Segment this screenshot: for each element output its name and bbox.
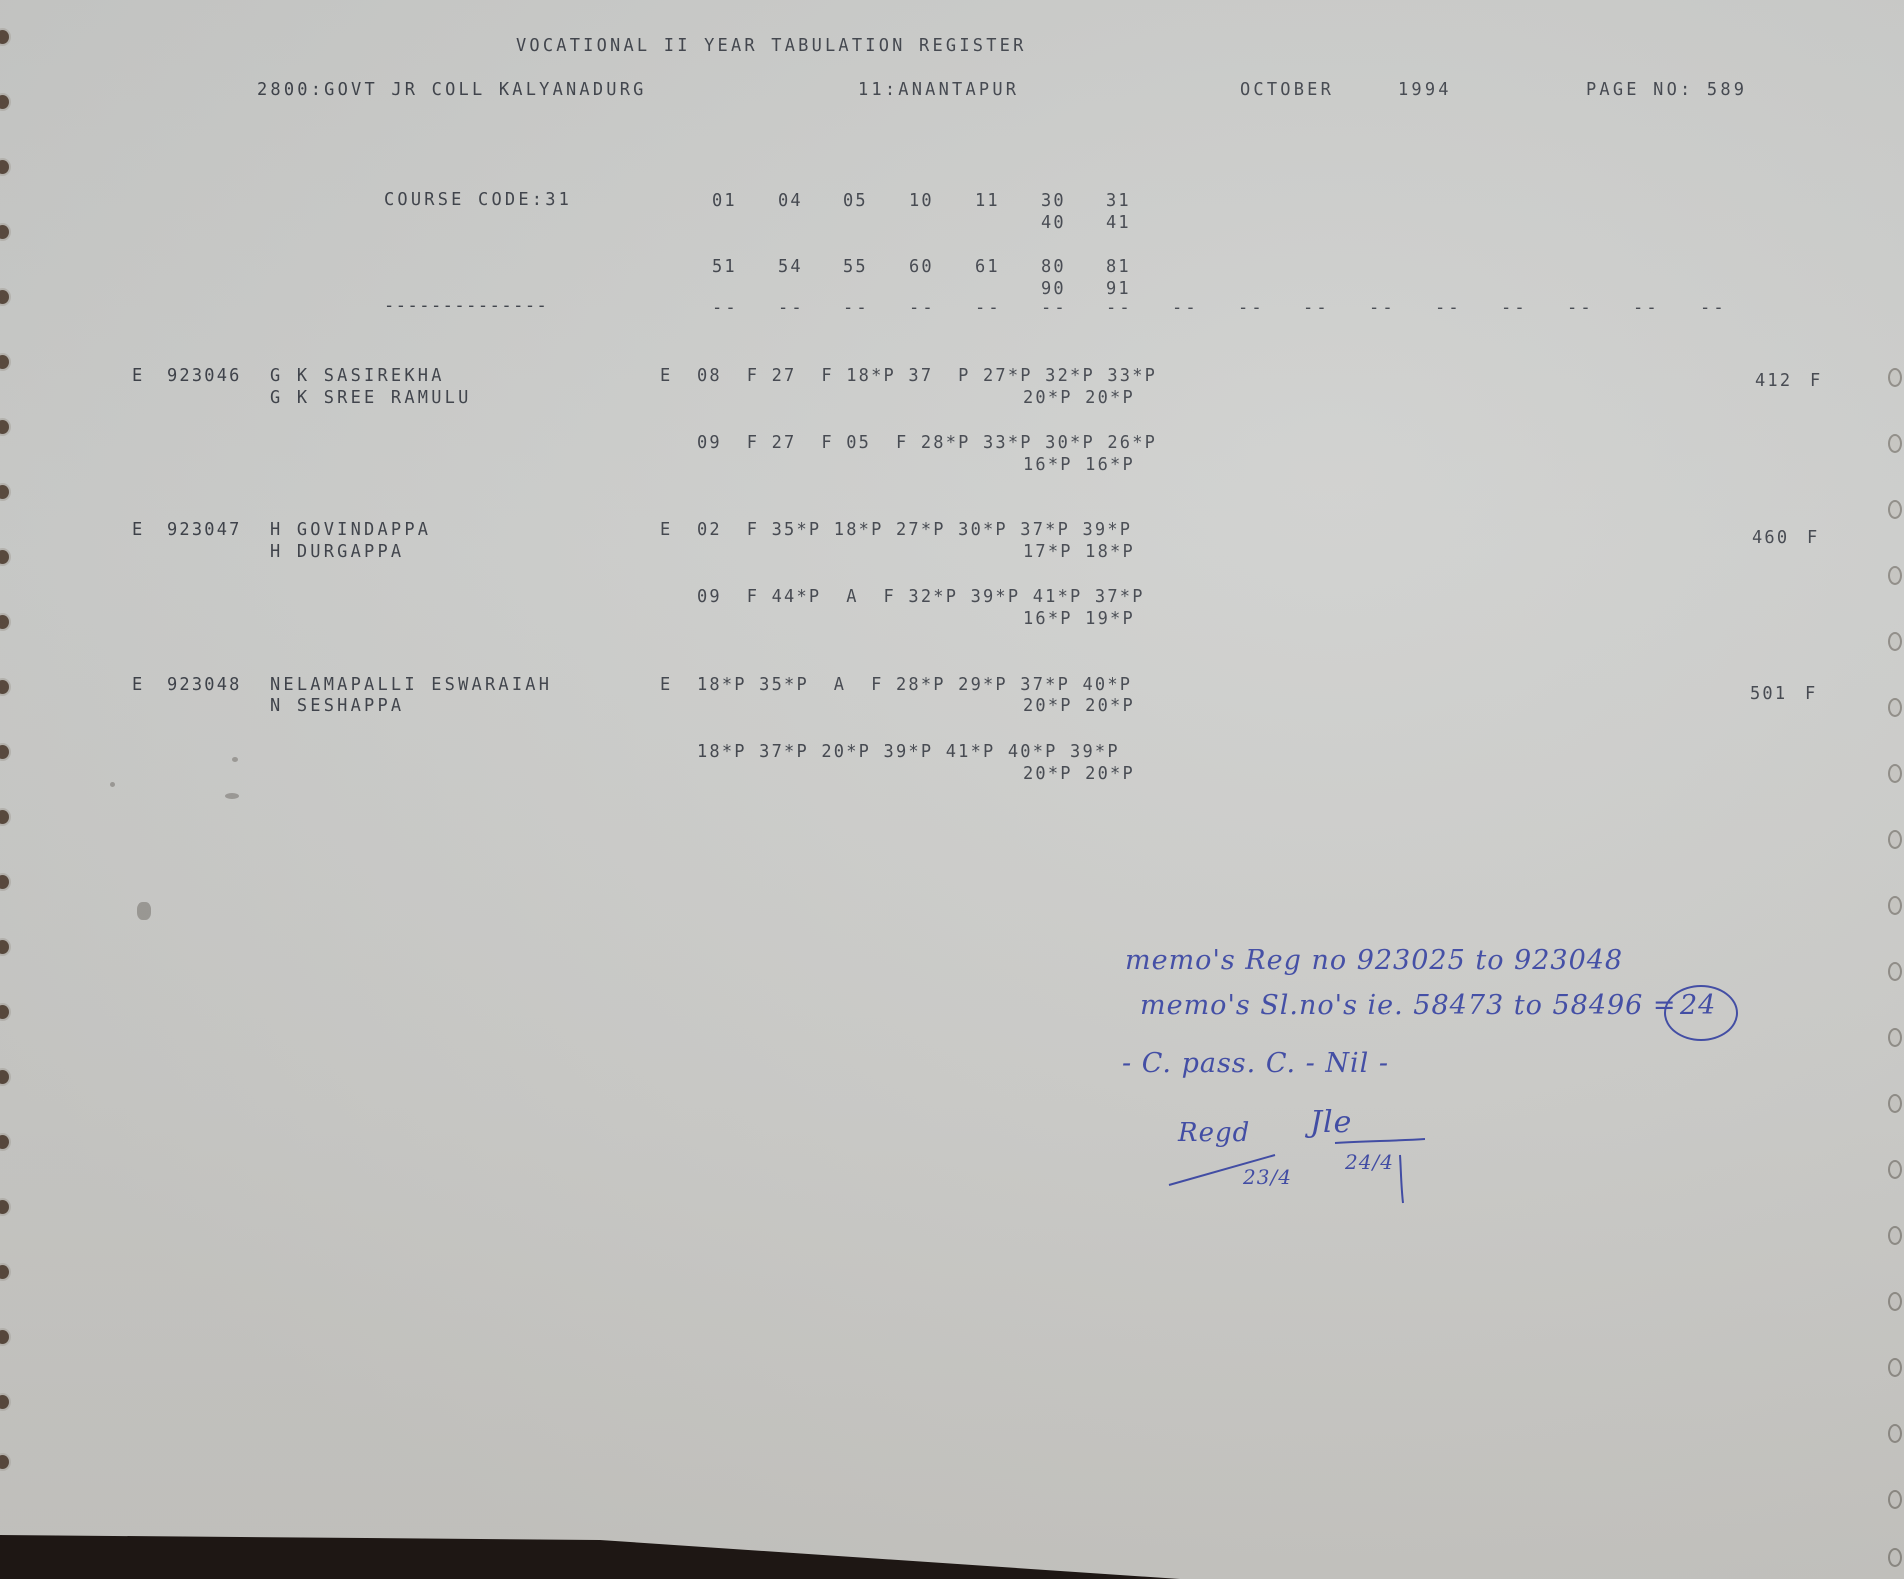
dash: -- (1633, 300, 1660, 318)
exam-month: OCTOBER (1240, 82, 1334, 100)
dash: -- (778, 300, 805, 318)
dash: -- (1501, 300, 1528, 318)
dash: -- (1700, 300, 1727, 318)
subject-code: 80 (1041, 259, 1066, 277)
subject-code: 54 (778, 259, 803, 277)
medium: E (660, 677, 673, 695)
student-name: H GOVINDAPPA (270, 522, 431, 540)
father-name: H DURGAPPA (270, 544, 404, 562)
dash: -- (1303, 300, 1330, 318)
marks-year1: 08 F 27 F 18*P 37 P 27*P 32*P 33*P (697, 368, 1157, 386)
result: F (1807, 530, 1820, 548)
register-page: VOCATIONAL II YEAR TABULATION REGISTER 2… (0, 0, 1904, 1579)
dash: -- (1238, 300, 1265, 318)
marks-year1-extra: 20*P 20*P (1023, 390, 1135, 408)
page-number: PAGE NO: 589 (1586, 82, 1747, 100)
father-name: N SESHAPPA (270, 698, 404, 716)
subject-code: 05 (843, 193, 868, 211)
student-name: G K SASIREKHA (270, 368, 445, 386)
dash: -- (712, 300, 739, 318)
note-reg-range: memo's Reg no 923025 to 923048 (1125, 945, 1623, 976)
note-serial-range: memo's Sl.no's ie. 58473 to 58496 = (1140, 990, 1677, 1021)
subject-code: 30 (1041, 193, 1066, 211)
register-title: VOCATIONAL II YEAR TABULATION REGISTER (516, 38, 1027, 56)
medium: E (660, 368, 673, 386)
father-name: G K SREE RAMULU (270, 390, 472, 408)
student-name: NELAMAPALLI ESWARAIAH (270, 677, 552, 695)
subject-code: 91 (1106, 281, 1131, 299)
dash: -- (1567, 300, 1594, 318)
subject-code: 40 (1041, 215, 1066, 233)
subject-code: 51 (712, 259, 737, 277)
marks-year2-extra: 20*P 20*P (1023, 766, 1135, 784)
dash: -- (1106, 300, 1133, 318)
category: E (132, 368, 145, 386)
smudge (137, 902, 151, 920)
speck (110, 782, 115, 787)
subject-code: 60 (909, 259, 934, 277)
marks-year2: 18*P 37*P 20*P 39*P 41*P 40*P 39*P (697, 744, 1120, 762)
reg-no: 923046 (167, 368, 242, 386)
college-name: 2800:GOVT JR COLL KALYANADURG (257, 82, 647, 100)
label-underline: -------------- (384, 298, 548, 316)
dash: -- (975, 300, 1002, 318)
speck (232, 757, 238, 762)
total-marks: 412 (1755, 373, 1792, 391)
category: E (132, 522, 145, 540)
dash: -- (1172, 300, 1199, 318)
note-compartment: - C. pass. C. - Nil - (1122, 1048, 1389, 1079)
subject-code: 55 (843, 259, 868, 277)
subject-code: 41 (1106, 215, 1131, 233)
speck (225, 793, 239, 799)
total-marks: 501 (1750, 686, 1787, 704)
total-marks: 460 (1752, 530, 1789, 548)
result: F (1805, 686, 1818, 704)
subject-code: 81 (1106, 259, 1131, 277)
subject-code: 04 (778, 193, 803, 211)
subject-code: 11 (975, 193, 1000, 211)
subject-code: 10 (909, 193, 934, 211)
marks-year1: 02 F 35*P 18*P 27*P 30*P 37*P 39*P (697, 522, 1132, 540)
reg-no: 923048 (167, 677, 242, 695)
dash: -- (1435, 300, 1462, 318)
marks-year1-extra: 17*P 18*P (1023, 544, 1135, 562)
reg-no: 923047 (167, 522, 242, 540)
marks-year2-extra: 16*P 16*P (1023, 457, 1135, 475)
district: 11:ANANTAPUR (858, 82, 1019, 100)
medium: E (660, 522, 673, 540)
dash: -- (909, 300, 936, 318)
marks-year2: 09 F 27 F 05 F 28*P 33*P 30*P 26*P (697, 435, 1157, 453)
subject-code: 01 (712, 193, 737, 211)
dash: -- (843, 300, 870, 318)
subject-code: 31 (1106, 193, 1131, 211)
result: F (1810, 373, 1823, 391)
dash: -- (1369, 300, 1396, 318)
marks-year2-extra: 16*P 19*P (1023, 611, 1135, 629)
course-code-label: COURSE CODE:31 (384, 192, 572, 210)
marks-year1-extra: 20*P 20*P (1023, 698, 1135, 716)
marks-year2: 09 F 44*P A F 32*P 39*P 41*P 37*P (697, 589, 1145, 607)
note-count: 24 (1680, 990, 1716, 1021)
marks-year1: 18*P 35*P A F 28*P 29*P 37*P 40*P (697, 677, 1132, 695)
exam-year: 1994 (1398, 82, 1452, 100)
category: E (132, 677, 145, 695)
subject-code: 61 (975, 259, 1000, 277)
subject-code: 90 (1041, 281, 1066, 299)
signature-strokes (1165, 1135, 1425, 1205)
dash: -- (1041, 300, 1068, 318)
